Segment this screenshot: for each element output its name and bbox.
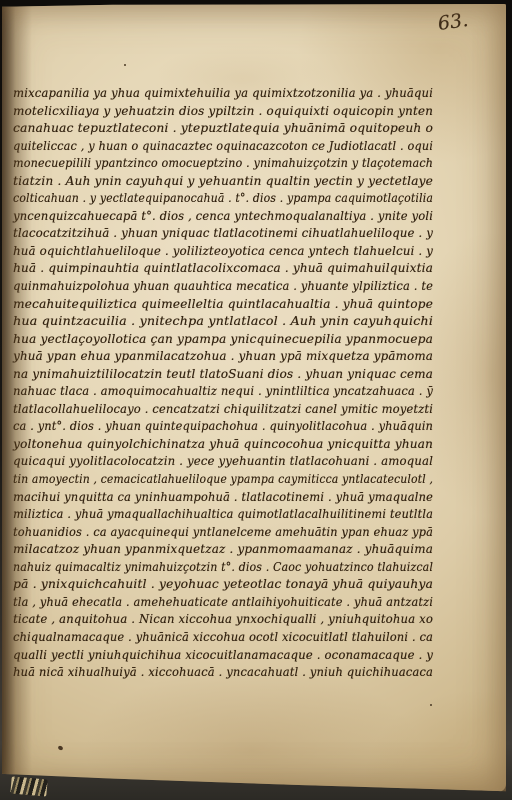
text-line: chiqualnamacaque . yhuānicā xiccohua oco… [13, 629, 434, 647]
text-line: tlatlacollahuelilocayo . cencatzatzi chi… [13, 401, 434, 419]
text-line: nahuac tlaca . amoquimocahualtiz nequi .… [13, 383, 434, 401]
text-line: motelicxiliaya y yehuatzin dios ypiltzin… [13, 103, 434, 121]
text-line: macihui ynquitta ca yninhuampohuā . tlat… [13, 489, 434, 507]
text-line: nahuiz quimacaltiz ynimahuizçotzin t°. d… [13, 559, 434, 577]
text-line: mecahuitequiliztica quimeelleltia quintl… [13, 296, 434, 314]
text-line: tohuanidios . ca ayacquinequi yntlanelce… [13, 524, 434, 542]
text-line: huā nicā xihualhuiyā . xiccohuacā . ynca… [13, 664, 434, 682]
text-line: quinmahuizpolohua yhuan quauhtica mecati… [13, 278, 434, 296]
text-line: yncenquizcahuecapā t°. dios , cenca ynte… [13, 208, 434, 226]
text-line: quiteliccac , y huan o quinacaztec oquin… [13, 138, 434, 156]
folio-number: 63. [437, 11, 470, 34]
text-line: huā oquichtlahueliloque . yolilizteoyoti… [13, 243, 434, 261]
text-line: huā . quimpinauhtia quintlatlacolixcomac… [13, 260, 434, 278]
text-line: mixcapanilia ya yhua quimixtehuilia ya q… [13, 85, 434, 103]
text-line: yhuā ypan ehua ypanmilacatzohua . yhuan … [13, 348, 434, 366]
text-line: colticahuan . y yectlatequipanocahuā . t… [13, 190, 434, 208]
text-line: tiatzin . Auh ynin cayuhqui y yehuantin … [13, 173, 434, 191]
text-line: ca . ynt°. dios . yhuan quintequipachohu… [13, 418, 434, 436]
stain [366, 692, 506, 792]
ink-speck [124, 64, 126, 66]
text-line: hua quintzacuilia . ynitechpa yntlatlaco… [13, 313, 434, 331]
ink-speck [57, 745, 63, 751]
text-line: quicaqui yyolitlacolocatzin . yece yyehu… [13, 453, 434, 471]
ink-speck [430, 704, 432, 706]
manuscript-photo: { "manuscript": { "folio_number": "63.",… [0, 0, 512, 800]
text-line: tlacocatzitzihuā . yhuan yniquac tlatlac… [13, 225, 434, 243]
text-line: yoltonehua quinyolchichinatza yhuā quinc… [13, 436, 434, 454]
fore-edge-stripes [10, 776, 47, 796]
text-line: ticate , anquitohua . Nican xiccohua ynx… [13, 611, 434, 629]
binding-gutter-shadow [2, 4, 32, 792]
text-line: tla , yhuā ehecatla . amehehuaticate ant… [13, 594, 434, 612]
text-line: milacatzoz yhuan ypanmixquetzaz . ypanmo… [13, 541, 434, 559]
manuscript-page: 63. mixcapanilia ya yhua quimixtehuilia … [2, 4, 506, 792]
text-line: hua yectlaçoyollotica çan ypampa ynicqui… [13, 331, 434, 349]
manuscript-text: mixcapanilia ya yhua quimixtehuilia ya q… [13, 85, 434, 682]
text-line: miliztica . yhuā ymaquallachihualtica qu… [13, 506, 434, 524]
text-line: monecuepilili ypantzinco omocueptzino . … [13, 155, 434, 173]
text-line: pā . ynixquichcahuitl . yeyohuac yeteotl… [13, 576, 434, 594]
text-line: canahuac tepuztlateconi . ytepuztlatequi… [13, 120, 434, 138]
text-line: qualli yectli yniuhquichihua xicocuitlan… [13, 647, 434, 665]
text-line: na ynimahuiztililocatzin teutl tlatoSuan… [13, 366, 434, 384]
text-line: tin amoyectin , cemacicatlahueliloque yp… [13, 471, 434, 489]
stain [82, 666, 422, 786]
